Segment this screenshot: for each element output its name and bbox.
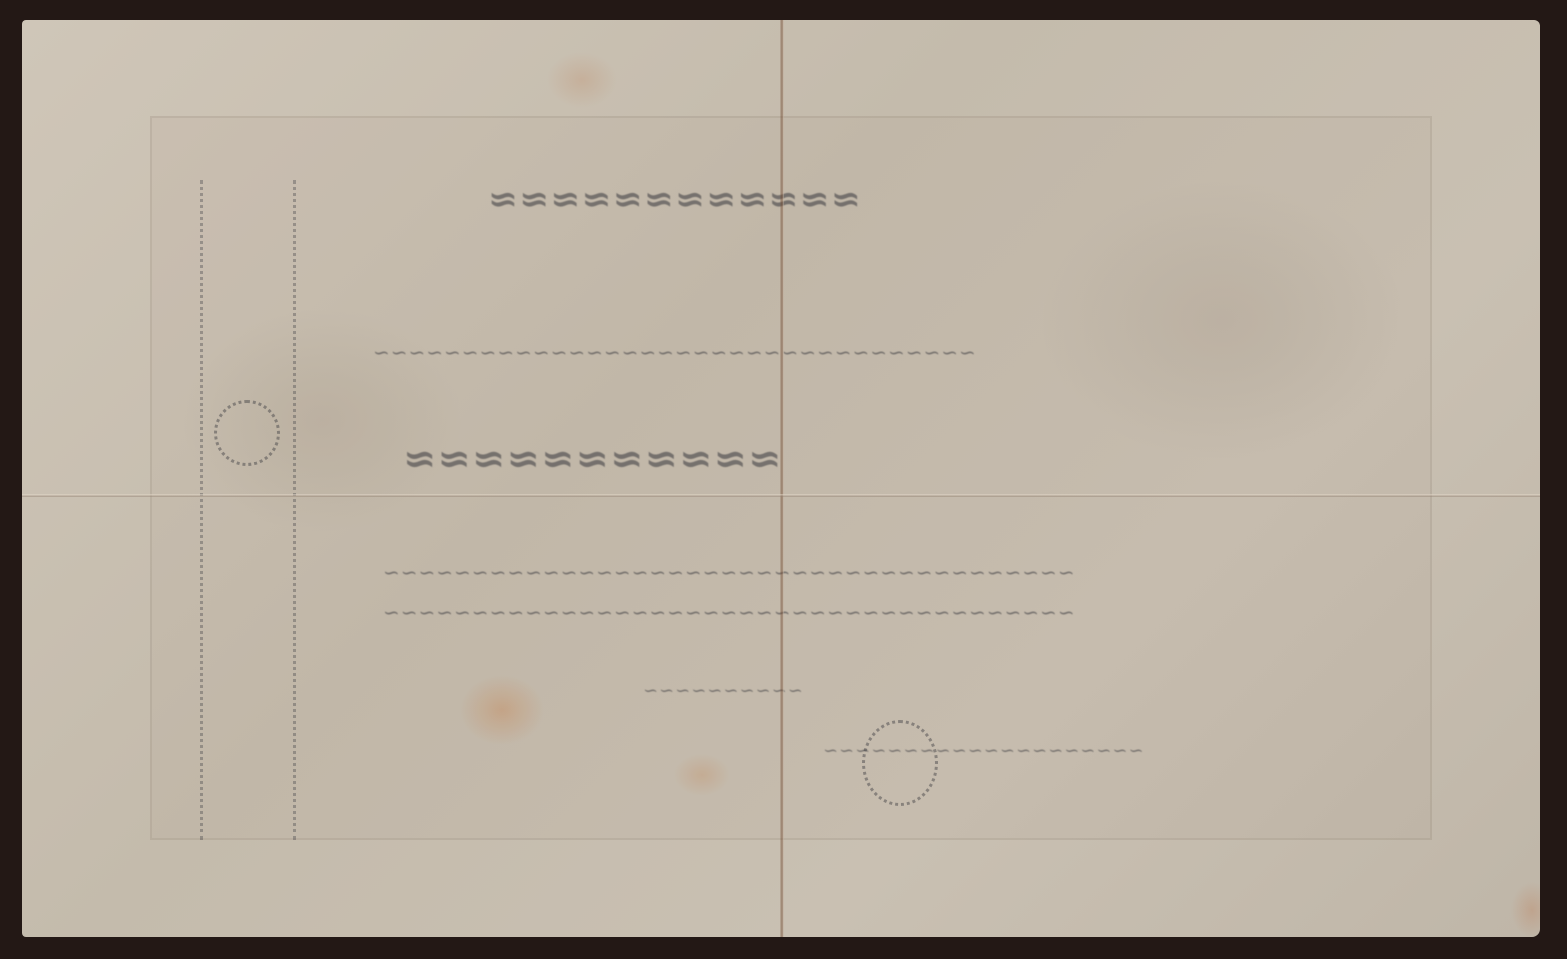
seal-bleedthrough-bottom [862, 720, 938, 806]
printed-frame-bleedthrough [150, 116, 1432, 840]
bleed-text-line: ~~~~~~~~~~~~~~~~~~~~~~~~~~~~~~~~~~~~~~~ [382, 560, 1075, 584]
bleed-text-value: ≈≈≈≈≈≈≈≈≈≈≈ [402, 435, 782, 482]
banknote-paper: ≈≈≈≈≈≈≈≈≈≈≈≈ ~~~~~~~~~~~~~~~~~~~~~~~~~~~… [22, 20, 1540, 937]
horizontal-fold [22, 494, 1540, 497]
bleed-text-line: ~~~~~~~~~~~~~~~~~~~~ [822, 740, 1144, 761]
bleed-text-line: ~~~~~~~~~~~~~~~~~~~~~~~~~~~~~~~~~~ [372, 340, 976, 364]
bleed-text-title: ≈≈≈≈≈≈≈≈≈≈≈≈ [487, 178, 861, 220]
bleed-text-line: ~~~~~~~~~~ [642, 680, 803, 701]
seal-bleedthrough-left [214, 400, 280, 466]
bleed-text-line: ~~~~~~~~~~~~~~~~~~~~~~~~~~~~~~~~~~~~~~~ [382, 600, 1075, 624]
vertical-fold [780, 20, 784, 937]
side-ornament-bleedthrough [200, 180, 296, 840]
